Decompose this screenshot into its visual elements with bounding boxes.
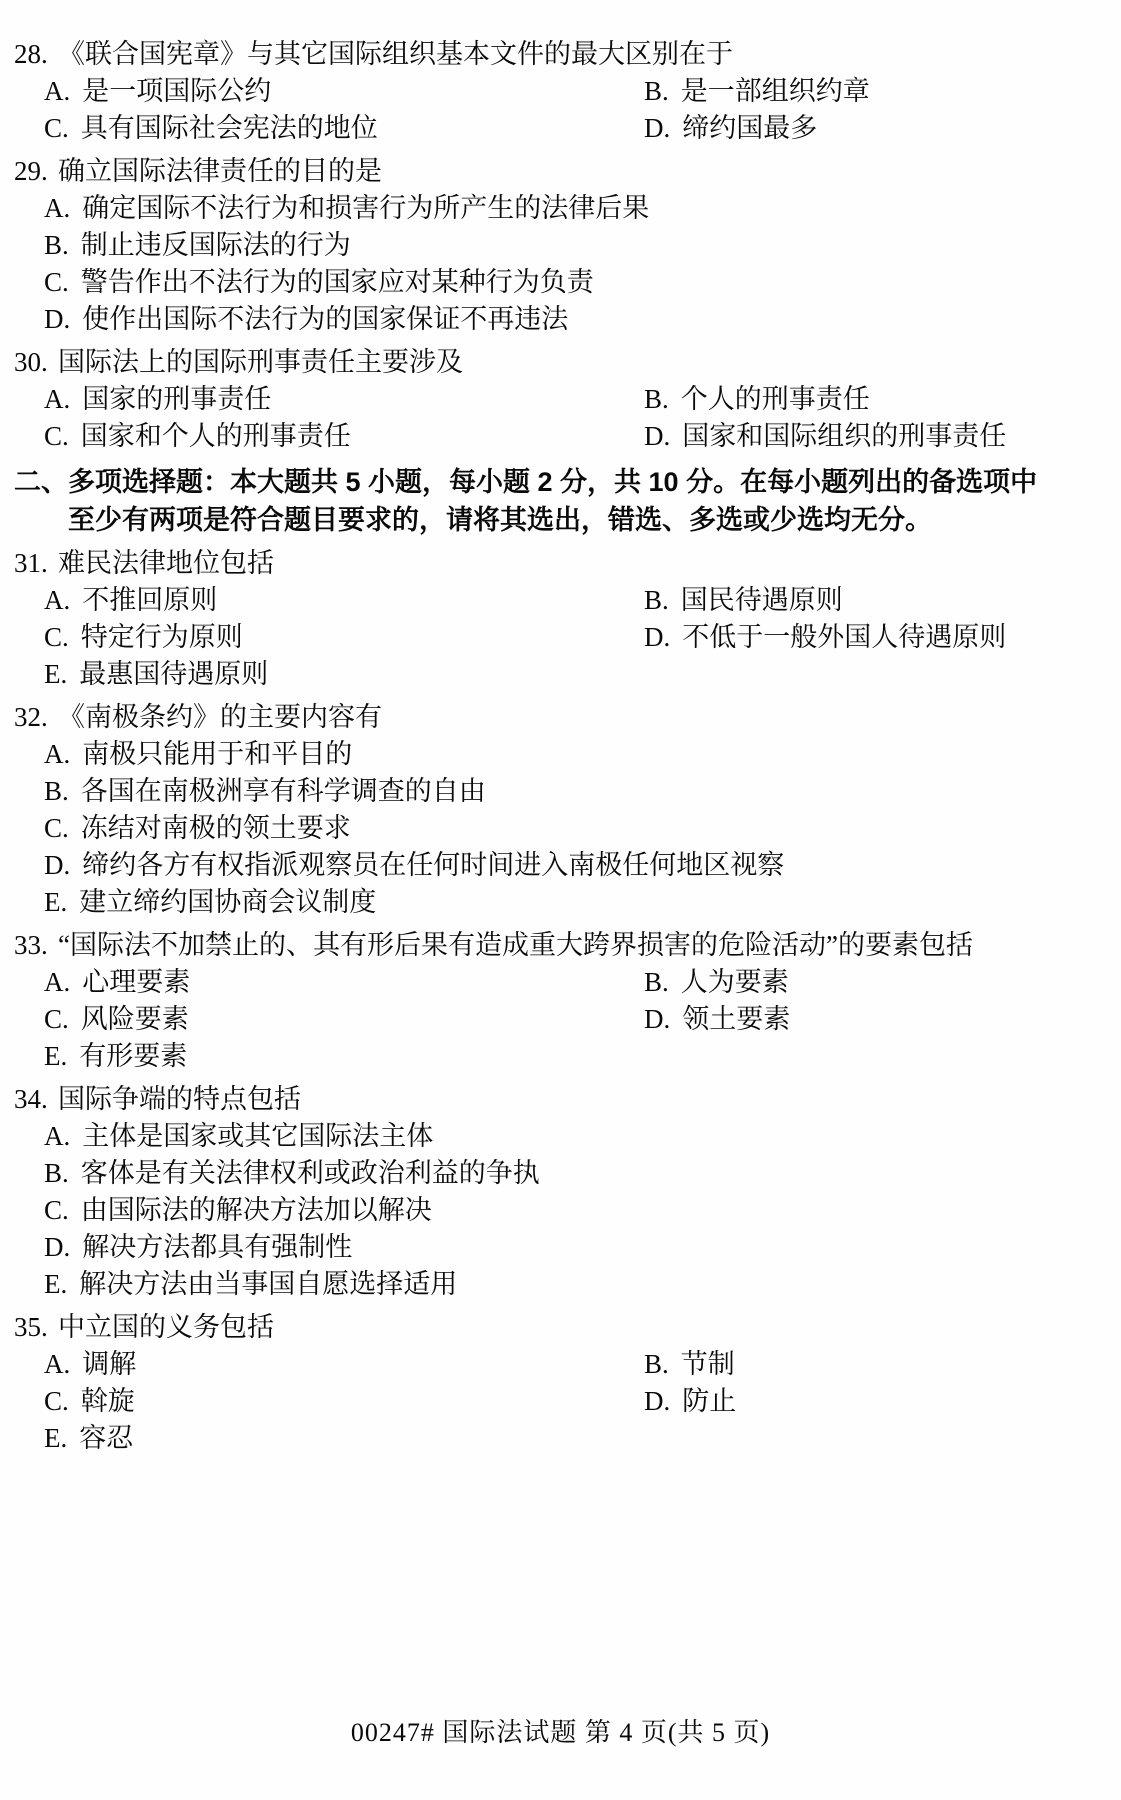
option-text: 个人的刑事责任 <box>681 381 870 418</box>
option-text: 是一部组织约章 <box>681 73 870 110</box>
option-row: C.具有国际社会宪法的地位D.缔约国最多 <box>44 110 1097 147</box>
option-text: 缔约国最多 <box>682 110 817 147</box>
question-stem: 国际争端的特点包括 <box>58 1081 1097 1118</box>
option-text: 调解 <box>82 1346 136 1383</box>
question-stem-line: 35.中立国的义务包括 <box>14 1309 1097 1346</box>
section-header: 二、多项选择题：本大题共 5 小题，每小题 2 分，共 10 分。在每小题列出的… <box>14 463 1097 539</box>
question-28: 28.《联合国宪章》与其它国际组织基本文件的最大区别在于A.是一项国际公约B.是… <box>14 36 1097 147</box>
question-number: 32. <box>14 699 58 736</box>
option: B.各国在南极洲享有科学调查的自由 <box>44 773 486 810</box>
option-text: 冻结对南极的领土要求 <box>81 810 351 847</box>
option-row: C.警告作出不法行为的国家应对某种行为负责 <box>44 264 1097 301</box>
option-label: A. <box>44 1346 70 1383</box>
option: D.不低于一般外国人待遇原则 <box>644 619 1006 656</box>
option-text: 解决方法都具有强制性 <box>82 1229 352 1266</box>
question-32: 32.《南极条约》的主要内容有A.南极只能用于和平目的B.各国在南极洲享有科学调… <box>14 699 1097 921</box>
option-label: B. <box>644 73 669 110</box>
option-text: 国家和国际组织的刑事责任 <box>682 418 1006 455</box>
option-row: E.容忍 <box>44 1420 1097 1457</box>
option-label: B. <box>44 773 69 810</box>
option-label: A. <box>44 582 70 619</box>
option-row: D.解决方法都具有强制性 <box>44 1229 1097 1266</box>
option: A.南极只能用于和平目的 <box>44 736 352 773</box>
option-row: D.使作出国际不法行为的国家保证不再违法 <box>44 301 1097 338</box>
option: A.是一项国际公约 <box>44 73 644 110</box>
question-number: 34. <box>14 1081 58 1118</box>
question-stem-line: 32.《南极条约》的主要内容有 <box>14 699 1097 736</box>
option: E.建立缔约国协商会议制度 <box>44 884 376 921</box>
option-text: 风险要素 <box>81 1001 189 1038</box>
option-text: 由国际法的解决方法加以解决 <box>81 1192 432 1229</box>
option-label: E. <box>44 1420 67 1457</box>
option-label: A. <box>44 964 70 1001</box>
option-label: B. <box>644 964 669 1001</box>
question-number: 29. <box>14 153 58 190</box>
page-footer: 00247# 国际法试题 第 4 页(共 5 页) <box>0 1712 1121 1749</box>
question-stem-line: 33.“国际法不加禁止的、其有形后果有造成重大跨界损害的危险活动”的要素包括 <box>14 927 1097 964</box>
question-stem: 《联合国宪章》与其它国际组织基本文件的最大区别在于 <box>58 36 1097 73</box>
option-label: B. <box>44 1155 69 1192</box>
option: D.缔约国最多 <box>644 110 817 147</box>
option-label: D. <box>44 847 70 884</box>
option-label: E. <box>44 1266 67 1303</box>
option-row: A.不推回原则B.国民待遇原则 <box>44 582 1097 619</box>
section-instructions: 多项选择题：本大题共 5 小题，每小题 2 分，共 10 分。在每小题列出的备选… <box>68 463 1058 539</box>
option: B.个人的刑事责任 <box>644 381 870 418</box>
option-text: 缔约各方有权指派观察员在任何时间进入南极任何地区视察 <box>82 847 784 884</box>
option-row: A.调解B.节制 <box>44 1346 1097 1383</box>
option: C.风险要素 <box>44 1001 644 1038</box>
option-label: C. <box>44 418 69 455</box>
option-label: A. <box>44 1118 70 1155</box>
question-number: 31. <box>14 545 58 582</box>
question-stem: 难民法律地位包括 <box>58 545 1097 582</box>
option-label: C. <box>44 1192 69 1229</box>
option-row: C.特定行为原则D.不低于一般外国人待遇原则 <box>44 619 1097 656</box>
option-row: E.最惠国待遇原则 <box>44 656 1097 693</box>
question-35: 35.中立国的义务包括A.调解B.节制C.斡旋D.防止E.容忍 <box>14 1309 1097 1457</box>
option: D.缔约各方有权指派观察员在任何时间进入南极任何地区视察 <box>44 847 784 884</box>
option: C.冻结对南极的领土要求 <box>44 810 351 847</box>
option-text: 南极只能用于和平目的 <box>82 736 352 773</box>
option: A.调解 <box>44 1346 644 1383</box>
option: E.解决方法由当事国自愿选择适用 <box>44 1266 457 1303</box>
option-text: 斡旋 <box>81 1383 135 1420</box>
option-text: 不推回原则 <box>82 582 217 619</box>
option-text: 特定行为原则 <box>81 619 243 656</box>
option-text: 容忍 <box>79 1420 133 1457</box>
option-text: 确定国际不法行为和损害行为所产生的法律后果 <box>82 190 649 227</box>
question-stem-line: 28.《联合国宪章》与其它国际组织基本文件的最大区别在于 <box>14 36 1097 73</box>
option: D.领土要素 <box>644 1001 790 1038</box>
option-row: B.各国在南极洲享有科学调查的自由 <box>44 773 1097 810</box>
option-text: 人为要素 <box>681 964 789 1001</box>
option-text: 有形要素 <box>79 1038 187 1075</box>
option-label: B. <box>644 582 669 619</box>
question-stem: 确立国际法律责任的目的是 <box>58 153 1097 190</box>
option-text: 建立缔约国协商会议制度 <box>79 884 376 921</box>
option-row: B.制止违反国际法的行为 <box>44 227 1097 264</box>
option-label: D. <box>644 110 670 147</box>
option-row: A.是一项国际公约B.是一部组织约章 <box>44 73 1097 110</box>
option-label: C. <box>44 264 69 301</box>
option: E.最惠国待遇原则 <box>44 656 644 693</box>
option-label: C. <box>44 1001 69 1038</box>
question-number: 33. <box>14 927 58 964</box>
option-text: 国家的刑事责任 <box>82 381 271 418</box>
option: D.解决方法都具有强制性 <box>44 1229 352 1266</box>
option-text: 心理要素 <box>82 964 190 1001</box>
option-row: E.有形要素 <box>44 1038 1097 1075</box>
option: A.国家的刑事责任 <box>44 381 644 418</box>
question-31: 31.难民法律地位包括A.不推回原则B.国民待遇原则C.特定行为原则D.不低于一… <box>14 545 1097 693</box>
option: C.斡旋 <box>44 1383 644 1420</box>
option-label: C. <box>44 810 69 847</box>
option-label: C. <box>44 1383 69 1420</box>
question-number: 28. <box>14 36 58 73</box>
option: A.确定国际不法行为和损害行为所产生的法律后果 <box>44 190 649 227</box>
question-number: 35. <box>14 1309 58 1346</box>
option-row: C.风险要素D.领土要素 <box>44 1001 1097 1038</box>
option-row: C.由国际法的解决方法加以解决 <box>44 1192 1097 1229</box>
option-row: C.冻结对南极的领土要求 <box>44 810 1097 847</box>
option-label: A. <box>44 190 70 227</box>
option-label: D. <box>644 1383 670 1420</box>
option-row: E.解决方法由当事国自愿选择适用 <box>44 1266 1097 1303</box>
option-label: B. <box>44 227 69 264</box>
option: A.主体是国家或其它国际法主体 <box>44 1118 433 1155</box>
option-text: 解决方法由当事国自愿选择适用 <box>79 1266 457 1303</box>
option-row: D.缔约各方有权指派观察员在任何时间进入南极任何地区视察 <box>44 847 1097 884</box>
option-text: 警告作出不法行为的国家应对某种行为负责 <box>81 264 594 301</box>
option-text: 具有国际社会宪法的地位 <box>81 110 378 147</box>
option-text: 制止违反国际法的行为 <box>81 227 351 264</box>
option: A.不推回原则 <box>44 582 644 619</box>
option-label: A. <box>44 381 70 418</box>
question-33: 33.“国际法不加禁止的、其有形后果有造成重大跨界损害的危险活动”的要素包括A.… <box>14 927 1097 1075</box>
option-text: 主体是国家或其它国际法主体 <box>82 1118 433 1155</box>
option-row: A.国家的刑事责任B.个人的刑事责任 <box>44 381 1097 418</box>
option: C.国家和个人的刑事责任 <box>44 418 644 455</box>
option-label: D. <box>644 619 670 656</box>
question-number: 30. <box>14 344 58 381</box>
option-text: 国民待遇原则 <box>681 582 843 619</box>
option-row: B.客体是有关法律权利或政治利益的争执 <box>44 1155 1097 1192</box>
option-label: E. <box>44 884 67 921</box>
option-text: 国家和个人的刑事责任 <box>81 418 351 455</box>
option: E.容忍 <box>44 1420 644 1457</box>
option-text: 使作出国际不法行为的国家保证不再违法 <box>82 301 568 338</box>
option: B.是一部组织约章 <box>644 73 870 110</box>
option-text: 节制 <box>681 1346 735 1383</box>
question-stem-line: 29.确立国际法律责任的目的是 <box>14 153 1097 190</box>
option-text: 各国在南极洲享有科学调查的自由 <box>81 773 486 810</box>
option-row: C.国家和个人的刑事责任D.国家和国际组织的刑事责任 <box>44 418 1097 455</box>
question-stem: “国际法不加禁止的、其有形后果有造成重大跨界损害的危险活动”的要素包括 <box>58 927 1097 964</box>
option-label: E. <box>44 656 67 693</box>
option-row: A.南极只能用于和平目的 <box>44 736 1097 773</box>
option: C.特定行为原则 <box>44 619 644 656</box>
option-label: A. <box>44 736 70 773</box>
exam-page: 28.《联合国宪章》与其它国际组织基本文件的最大区别在于A.是一项国际公约B.是… <box>0 0 1121 1800</box>
option-text: 是一项国际公约 <box>82 73 271 110</box>
question-stem-line: 34.国际争端的特点包括 <box>14 1081 1097 1118</box>
option-label: B. <box>644 1346 669 1383</box>
option-label: D. <box>44 301 70 338</box>
option: B.人为要素 <box>644 964 789 1001</box>
option-label: B. <box>644 381 669 418</box>
option-row: C.斡旋D.防止 <box>44 1383 1097 1420</box>
option-label: D. <box>44 1229 70 1266</box>
option-text: 防止 <box>682 1383 736 1420</box>
option-text: 不低于一般外国人待遇原则 <box>682 619 1006 656</box>
option-label: A. <box>44 73 70 110</box>
option-label: C. <box>44 110 69 147</box>
exam-body: 28.《联合国宪章》与其它国际组织基本文件的最大区别在于A.是一项国际公约B.是… <box>0 0 1121 1457</box>
option-row: A.确定国际不法行为和损害行为所产生的法律后果 <box>44 190 1097 227</box>
option-row: A.心理要素B.人为要素 <box>44 964 1097 1001</box>
question-stem: 《南极条约》的主要内容有 <box>58 699 1097 736</box>
option-label: E. <box>44 1038 67 1075</box>
question-stem: 国际法上的国际刑事责任主要涉及 <box>58 344 1097 381</box>
option: D.使作出国际不法行为的国家保证不再违法 <box>44 301 568 338</box>
option-text: 最惠国待遇原则 <box>79 656 268 693</box>
option-label: D. <box>644 1001 670 1038</box>
section-marker: 二、 <box>14 463 68 501</box>
option: C.警告作出不法行为的国家应对某种行为负责 <box>44 264 594 301</box>
option-row: E.建立缔约国协商会议制度 <box>44 884 1097 921</box>
question-stem: 中立国的义务包括 <box>58 1309 1097 1346</box>
option: B.客体是有关法律权利或政治利益的争执 <box>44 1155 540 1192</box>
option-label: C. <box>44 619 69 656</box>
option: C.由国际法的解决方法加以解决 <box>44 1192 432 1229</box>
question-stem-line: 31.难民法律地位包括 <box>14 545 1097 582</box>
option: A.心理要素 <box>44 964 644 1001</box>
option: C.具有国际社会宪法的地位 <box>44 110 644 147</box>
option-row: A.主体是国家或其它国际法主体 <box>44 1118 1097 1155</box>
option-text: 领土要素 <box>682 1001 790 1038</box>
option: B.国民待遇原则 <box>644 582 843 619</box>
option-text: 客体是有关法律权利或政治利益的争执 <box>81 1155 540 1192</box>
option: B.节制 <box>644 1346 735 1383</box>
question-29: 29.确立国际法律责任的目的是A.确定国际不法行为和损害行为所产生的法律后果B.… <box>14 153 1097 338</box>
option: E.有形要素 <box>44 1038 644 1075</box>
option: D.国家和国际组织的刑事责任 <box>644 418 1006 455</box>
option: B.制止违反国际法的行为 <box>44 227 351 264</box>
option: D.防止 <box>644 1383 736 1420</box>
question-34: 34.国际争端的特点包括A.主体是国家或其它国际法主体B.客体是有关法律权利或政… <box>14 1081 1097 1303</box>
question-30: 30.国际法上的国际刑事责任主要涉及A.国家的刑事责任B.个人的刑事责任C.国家… <box>14 344 1097 455</box>
option-label: D. <box>644 418 670 455</box>
question-stem-line: 30.国际法上的国际刑事责任主要涉及 <box>14 344 1097 381</box>
